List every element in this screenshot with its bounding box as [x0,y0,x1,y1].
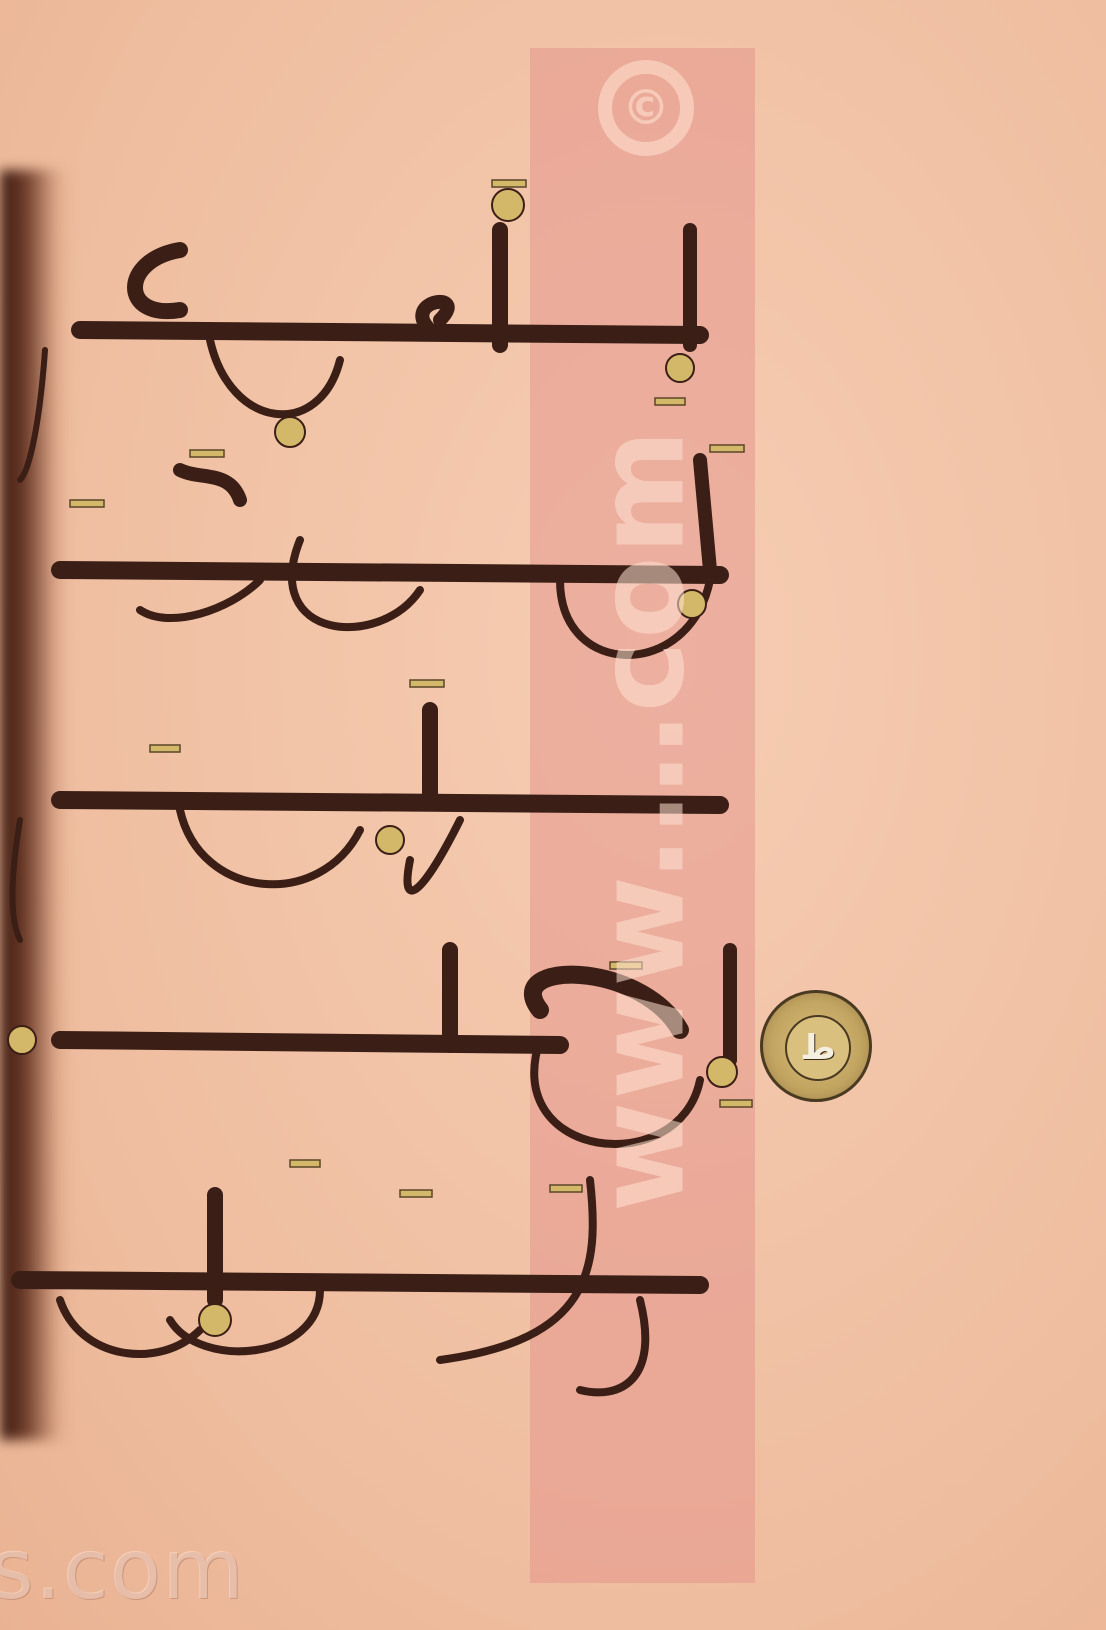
medallion-glyph: ط [785,1015,851,1081]
calligraphy-ink [0,0,1106,1630]
corner-watermark-text: s.com [0,1520,245,1618]
copyright-watermark-icon: © [598,60,694,156]
vertical-watermark-text: www.…com [573,427,712,1212]
verse-medallion-icon: ط [760,990,872,1102]
